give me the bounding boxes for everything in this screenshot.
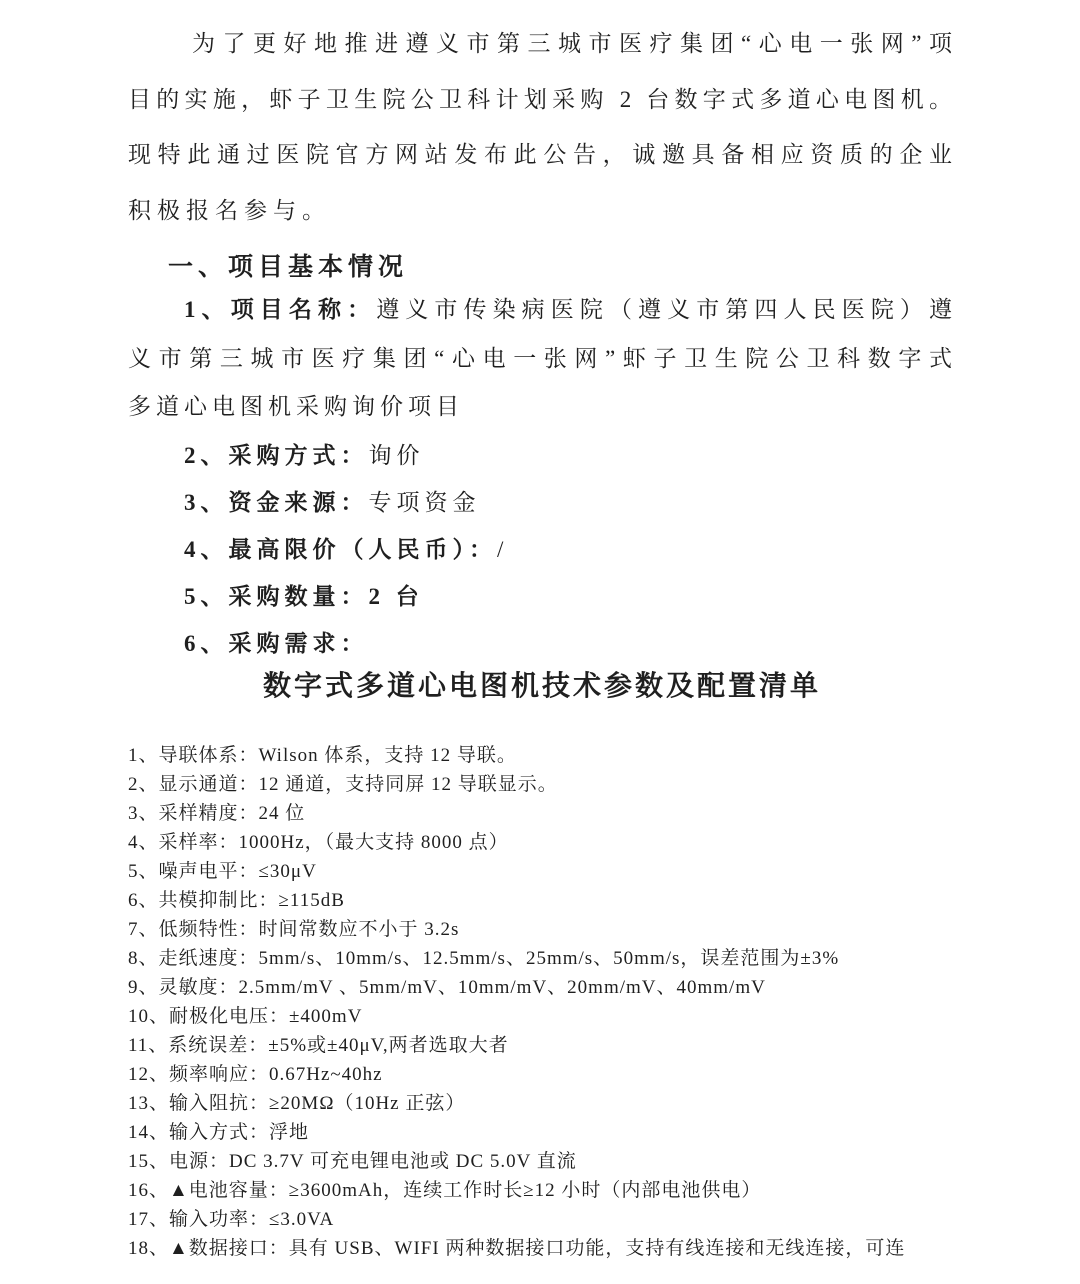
info-item-list: 2、采购方式：询价 3、资金来源：专项资金 4、最高限价（人民币）：/ 5、采购…: [128, 432, 956, 667]
spec-item: 6、共模抑制比：≥115dB: [128, 886, 956, 915]
spec-item: 7、低频特性：时间常数应不小于 3.2s: [128, 915, 956, 944]
spec-table-title: 数字式多道心电图机技术参数及配置清单: [128, 669, 956, 705]
info-item-value: 遵义市传染病医院（遵义市第四人民医院）遵: [376, 297, 956, 322]
document-page: 为了更好地推进遵义市第三城市医疗集团“心电一张网”项 目的实施，虾子卫生院公卫科…: [0, 0, 1080, 1284]
spec-item: 12、频率响应：0.67Hz~40hz: [128, 1060, 956, 1089]
info-item-label: 3、资金来源：: [184, 490, 369, 515]
spec-list: 1、导联体系：Wilson 体系，支持 12 导联。 2、显示通道：12 通道，…: [128, 741, 956, 1263]
spec-item: 4、采样率：1000Hz，（最大支持 8000 点）: [128, 828, 956, 857]
intro-paragraph: 为了更好地推进遵义市第三城市医疗集团“心电一张网”项 目的实施，虾子卫生院公卫科…: [128, 16, 956, 238]
info-item-procurement-method: 2、采购方式：询价: [128, 432, 956, 479]
spec-item: 18、▲数据接口：具有 USB、WIFI 两种数据接口功能，支持有线连接和无线连…: [128, 1234, 956, 1263]
intro-line: 为了更好地推进遵义市第三城市医疗集团“心电一张网”项: [128, 16, 956, 72]
info-item-label: 6、采购需求：: [184, 631, 369, 656]
spec-item: 8、走纸速度：5mm/s、10mm/s、12.5mm/s、25mm/s、50mm…: [128, 944, 956, 973]
spec-item: 11、系统误差：±5%或±40μV,两者选取大者: [128, 1031, 956, 1060]
spec-item: 16、▲电池容量：≥3600mAh，连续工作时长≥12 小时（内部电池供电）: [128, 1176, 956, 1205]
spec-item: 15、电源：DC 3.7V 可充电锂电池或 DC 5.0V 直流: [128, 1147, 956, 1176]
info-item-label: 1、项目名称：: [184, 297, 376, 322]
info-item-fund-source: 3、资金来源：专项资金: [128, 479, 956, 526]
info-item-value: 询价: [369, 443, 425, 468]
info-item-line: 义市第三城市医疗集团“心电一张网”虾子卫生院公卫科数字式: [128, 335, 956, 384]
info-item-value: 专项资金: [369, 490, 481, 515]
info-item-quantity: 5、采购数量：2 台: [128, 573, 956, 620]
info-item-value: 2 台: [369, 584, 424, 609]
spec-item: 5、噪声电平：≤30μV: [128, 857, 956, 886]
spec-item: 10、耐极化电压：±400mV: [128, 1002, 956, 1031]
info-item-project-name: 1、项目名称：遵义市传染病医院（遵义市第四人民医院）遵 义市第三城市医疗集团“心…: [128, 286, 956, 432]
spec-item: 13、输入阻抗：≥20MΩ（10Hz 正弦）: [128, 1089, 956, 1118]
spec-item: 17、输入功率：≤3.0VA: [128, 1205, 956, 1234]
info-item-max-price: 4、最高限价（人民币）：/: [128, 526, 956, 573]
spec-item: 14、输入方式：浮地: [128, 1118, 956, 1147]
intro-line: 目的实施，虾子卫生院公卫科计划采购 2 台数字式多道心电图机。: [128, 72, 956, 128]
info-item-label: 4、最高限价（人民币）：: [184, 537, 497, 562]
info-item-label: 5、采购数量：: [184, 584, 369, 609]
info-item-line: 多道心电图机采购询价项目: [128, 383, 956, 432]
info-item-line: 1、项目名称：遵义市传染病医院（遵义市第四人民医院）遵: [128, 286, 956, 335]
spec-item: 3、采样精度：24 位: [128, 799, 956, 828]
spec-item: 9、灵敏度：2.5mm/mV 、5mm/mV、10mm/mV、20mm/mV、4…: [128, 973, 956, 1002]
intro-line: 积极报名参与。: [128, 183, 956, 239]
spec-item: 1、导联体系：Wilson 体系，支持 12 导联。: [128, 741, 956, 770]
info-item-requirements: 6、采购需求：: [128, 620, 956, 667]
spec-item: 2、显示通道：12 通道，支持同屏 12 导联显示。: [128, 770, 956, 799]
section-heading: 一、项目基本情况: [128, 250, 956, 286]
intro-line: 现特此通过医院官方网站发布此公告，诚邀具备相应资质的企业: [128, 127, 956, 183]
info-item-value: /: [497, 537, 508, 562]
info-item-label: 2、采购方式：: [184, 443, 369, 468]
